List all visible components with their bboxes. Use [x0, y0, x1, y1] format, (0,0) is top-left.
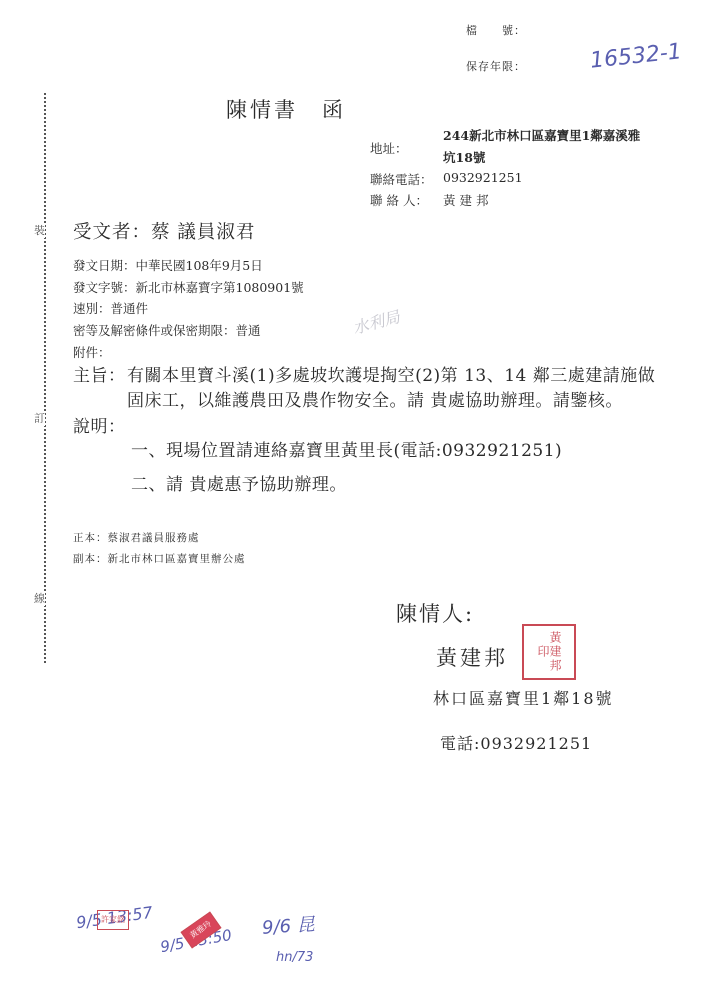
binding-char-ding: 訂: [34, 412, 45, 426]
classification: 密等及解密條件或保密期限：普通: [73, 321, 261, 339]
attachment: 附件：: [73, 343, 111, 361]
petitioner-name: 黃建邦: [436, 642, 508, 672]
address-line2: 坑18號: [443, 148, 485, 166]
issue-date: 發文日期：中華民國108年9月5日: [73, 256, 263, 274]
receipt-stamp-1: 許家銘: [97, 910, 129, 930]
binding-char-zhuang: 裝: [34, 224, 45, 238]
subject-label: 主旨：: [73, 361, 126, 386]
binding-char-xian: 線: [34, 592, 45, 606]
handwritten-file-number: 16532-1: [589, 39, 683, 73]
doc-type: 函: [322, 94, 346, 124]
phone-value: 0932921251: [443, 170, 523, 185]
doc-number: 發文字號：新北市林嘉寶字第1080901號: [73, 278, 304, 296]
personal-seal: 黃建邦印: [522, 624, 576, 680]
explanation-item-1: 一、現場位置請連絡嘉寶里黃里長(電話:0932921251): [131, 436, 562, 461]
file-number-label: 檔 號：: [466, 22, 526, 38]
petitioner-label: 陳情人:: [396, 598, 474, 628]
copy-recipient: 副本：新北市林口區嘉寶里辦公處: [73, 551, 246, 566]
subject-line1: 有關本里寶斗溪(1)多處坡坎護堤掏空(2)第 13、14 鄰三處建請施做: [127, 361, 655, 386]
address-label: 地址：: [370, 139, 408, 157]
explanation-item-2: 二、請 貴處惠予協助辦理。: [131, 470, 347, 495]
contact-label: 聯 絡 人：: [370, 191, 428, 209]
doc-title: 陳情書: [226, 94, 298, 124]
contact-value: 黃 建 邦: [443, 191, 488, 209]
faint-annotation: 水利局: [350, 304, 402, 339]
receipt-mark-3-note: hn/73: [276, 950, 313, 965]
address-line1: 244新北市林口區嘉寶里1鄰嘉溪雅: [443, 126, 640, 144]
speed: 速別：普通件: [73, 299, 148, 317]
explanation-label: 說明：: [73, 412, 126, 437]
phone-label: 聯絡電話：: [370, 170, 433, 188]
retention-label: 保存年限：: [466, 58, 526, 74]
petitioner-phone: 電話:0932921251: [440, 731, 592, 754]
original-recipient: 正本：蔡淑君議員服務處: [73, 530, 200, 545]
subject-line2: 固床工，以維護農田及農作物安全。請 貴處協助辦理。請鑒核。: [127, 386, 623, 411]
receipt-mark-3-handwritten: 9/6 昆: [261, 910, 315, 940]
binding-dotted-line: [44, 93, 46, 663]
recipient: 受文者：蔡 議員淑君: [73, 218, 255, 244]
petitioner-address: 林口區嘉寶里1鄰18號: [433, 686, 614, 709]
